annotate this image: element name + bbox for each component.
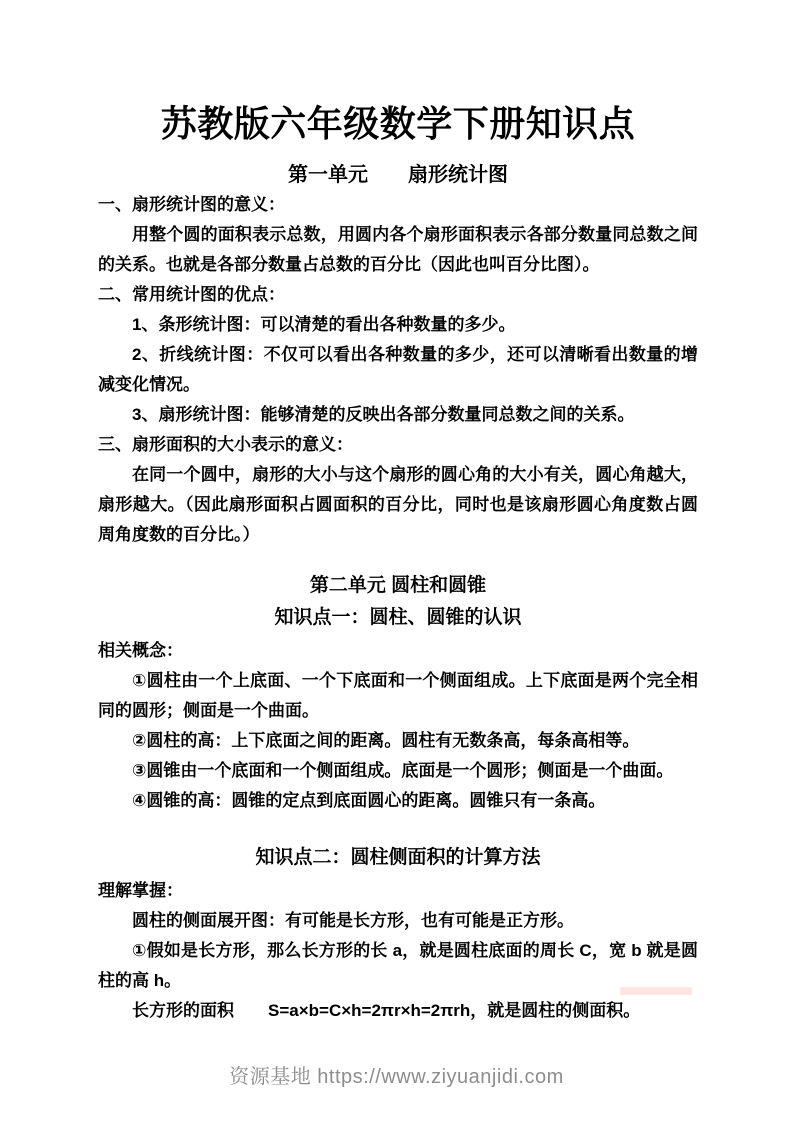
unit2-heading: 第二单元 圆柱和圆锥 bbox=[98, 570, 698, 602]
unit1-paragraph: 3、扇形统计图：能够清楚的反映出各部分数量同总数之间的关系。 bbox=[98, 400, 698, 430]
unit1-paragraph: 2、折线统计图：不仅可以看出各种数量的多少，还可以清晰看出数量的增减变化情况。 bbox=[98, 340, 698, 400]
unit1-paragraph: 在同一个圆中，扇形的大小与这个扇形的圆心角的大小有关，圆心角越大，扇形越大。（因… bbox=[98, 460, 698, 550]
kp1-paragraph: ③圆锥由一个底面和一个侧面组成。底面是一个圆形；侧面是一个曲面。 bbox=[98, 756, 698, 786]
unit1-section1-label: 一、扇形统计图的意义： bbox=[98, 190, 698, 220]
unit1-paragraph: 用整个圆的面积表示总数，用圆内各个扇形面积表示各部分数量同总数之间的关系。也就是… bbox=[98, 220, 698, 280]
scan-artifact bbox=[620, 987, 692, 995]
kp2-heading: 知识点二：圆柱侧面积的计算方法 bbox=[98, 842, 698, 874]
unit1-section3-label: 三、扇形面积的大小表示的意义： bbox=[98, 430, 698, 460]
kp1-paragraph: ④圆锥的高：圆锥的定点到底面圆心的距离。圆锥只有一条高。 bbox=[98, 786, 698, 816]
kp1-heading: 知识点一：圆柱、圆锥的认识 bbox=[98, 602, 698, 634]
unit1-heading: 第一单元 扇形统计图 bbox=[98, 162, 698, 188]
kp2-label: 理解掌握： bbox=[98, 876, 698, 906]
document-page: 苏教版六年级数学下册知识点 第一单元 扇形统计图 一、扇形统计图的意义： 用整个… bbox=[0, 0, 793, 1122]
kp1-label: 相关概念： bbox=[98, 636, 698, 666]
document-content: 苏教版六年级数学下册知识点 第一单元 扇形统计图 一、扇形统计图的意义： 用整个… bbox=[98, 0, 698, 1026]
page-footer-watermark: 资源基地 https://www.ziyuanjidi.com bbox=[0, 1060, 793, 1089]
kp2-formula-paragraph: 长方形的面积 S=a×b=C×h=2πr×h=2πrh，就是圆柱的侧面积。 bbox=[98, 996, 698, 1026]
kp2-paragraph: 圆柱的侧面展开图：有可能是长方形，也有可能是正方形。 bbox=[98, 906, 698, 936]
kp2-paragraph: ①假如是长方形，那么长方形的长 a，就是圆柱底面的周长 C，宽 b 就是圆柱的高… bbox=[98, 936, 698, 996]
document-title: 苏教版六年级数学下册知识点 bbox=[98, 102, 698, 146]
kp1-paragraph: ②圆柱的高：上下底面之间的距离。圆柱有无数条高，每条高相等。 bbox=[98, 726, 698, 756]
unit1-paragraph: 1、条形统计图：可以清楚的看出各种数量的多少。 bbox=[98, 310, 698, 340]
kp1-paragraph: ①圆柱由一个上底面、一个下底面和一个侧面组成。上下底面是两个完全相同的圆形；侧面… bbox=[98, 666, 698, 726]
unit1-section2-label: 二、常用统计图的优点： bbox=[98, 280, 698, 310]
